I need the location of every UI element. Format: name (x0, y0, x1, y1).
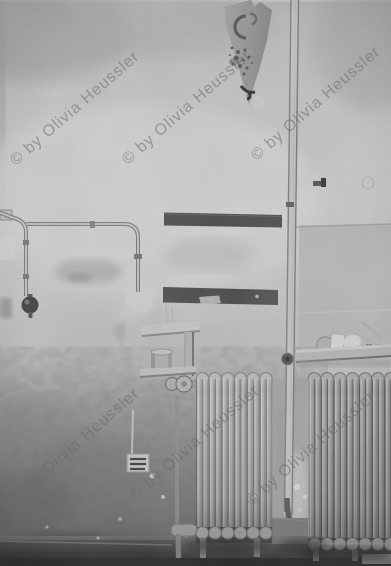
photo-svg: © by Olivia Heussler © by Olivia Heussle… (0, 0, 391, 566)
photo: © by Olivia Heussler © by Olivia Heussle… (0, 0, 391, 566)
